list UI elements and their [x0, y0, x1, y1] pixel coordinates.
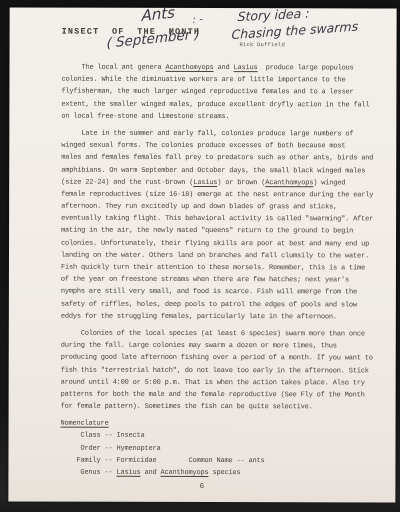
document-page: Ants : - Story idea : Chasing the swarms…: [8, 7, 396, 502]
text-line: eddys for the struggling females, partic…: [61, 310, 391, 323]
text-line: patterns for both the male and the femal…: [61, 389, 391, 402]
text-line: for female pattern). Sometimes the fish …: [61, 401, 391, 414]
text-line: safety of riffles, holes, deep pools to …: [61, 298, 391, 311]
handwritten-note-dash: : -: [192, 14, 203, 26]
text-line: colonies. Unfortunately, their flying sk…: [61, 237, 391, 250]
text-line: eventually taking flight. This behaviora…: [61, 213, 391, 226]
body-paragraph-3: Colonies of the local species (at least …: [61, 328, 391, 414]
text-line: flyfisherman, the much larger winged rep…: [61, 86, 391, 99]
text-line: (size 22-24) and the rust-brown (Lasius)…: [61, 176, 391, 189]
text-line: on local free-stone and limestone stream…: [61, 110, 391, 123]
body-paragraph-1: The local ant genera Acanthomyops and La…: [61, 62, 391, 124]
text-line: The local ant genera Acanthomyops and La…: [61, 62, 391, 75]
text-line: Family -- Formicidae Common Name -- ants: [60, 454, 390, 467]
text-line: producing good late afternoon fishing ov…: [61, 352, 391, 365]
text-line: Late in the summer and early fall, colon…: [61, 128, 391, 141]
text-line: during the fall. Large colonies may swar…: [61, 340, 391, 353]
text-line: afternoon. They run excitedly up and dow…: [61, 201, 391, 214]
text-line: female reproductives (size 16-18) emerge…: [61, 189, 391, 202]
body-paragraph-2: Late in the summer and early fall, colon…: [61, 128, 392, 324]
photo-background: { "title": "INSECT OF THE MONTH", "handw…: [0, 0, 400, 512]
text-line: colonies. While the diminuative workers …: [61, 74, 391, 87]
text-line: fish this "terrestrial hatch", do not le…: [61, 364, 391, 377]
nomenclature-heading: Nomenclature: [61, 418, 391, 431]
text-line: winged sexual forms. The colonies produc…: [61, 140, 391, 153]
handwritten-note-ants: Ants: [142, 3, 175, 25]
nomenclature-list: Class -- Insecta Order -- Hymenoptera Fa…: [60, 430, 390, 480]
text-line: of the year on freestone streams when th…: [61, 274, 391, 287]
text-line: amphibians. On warm September and Octobe…: [61, 164, 391, 177]
page-title: INSECT OF THE MONTH: [62, 27, 201, 37]
text-line: Order -- Hymenoptera: [60, 442, 390, 455]
handwritten-note-story-idea: Story idea :: [237, 5, 309, 24]
text-line: nymphs are still very small, and food is…: [61, 286, 391, 299]
text-line: males and females females fall prey to p…: [61, 152, 391, 165]
page-number: 6: [8, 482, 395, 491]
byline-author: Rick Duffield: [240, 41, 286, 48]
text-line: Colonies of the local species (at least …: [61, 328, 391, 341]
text-line: mating in the air, the newly mated "quee…: [61, 225, 391, 238]
text-line: around until 4:00 or 5:00 p.m. That is w…: [61, 376, 391, 389]
document-body: The local ant genera Acanthomyops and La…: [60, 62, 391, 480]
text-line: Class -- Insecta: [61, 430, 391, 443]
text-line: landing on the water. Others land on bra…: [61, 249, 391, 262]
text-line: Genus -- Lasius and Acanthomyops species: [60, 467, 390, 480]
text-line: extent, the smaller winged males, produc…: [61, 98, 391, 111]
text-line: Fish quickly turn their attention to the…: [61, 262, 391, 275]
